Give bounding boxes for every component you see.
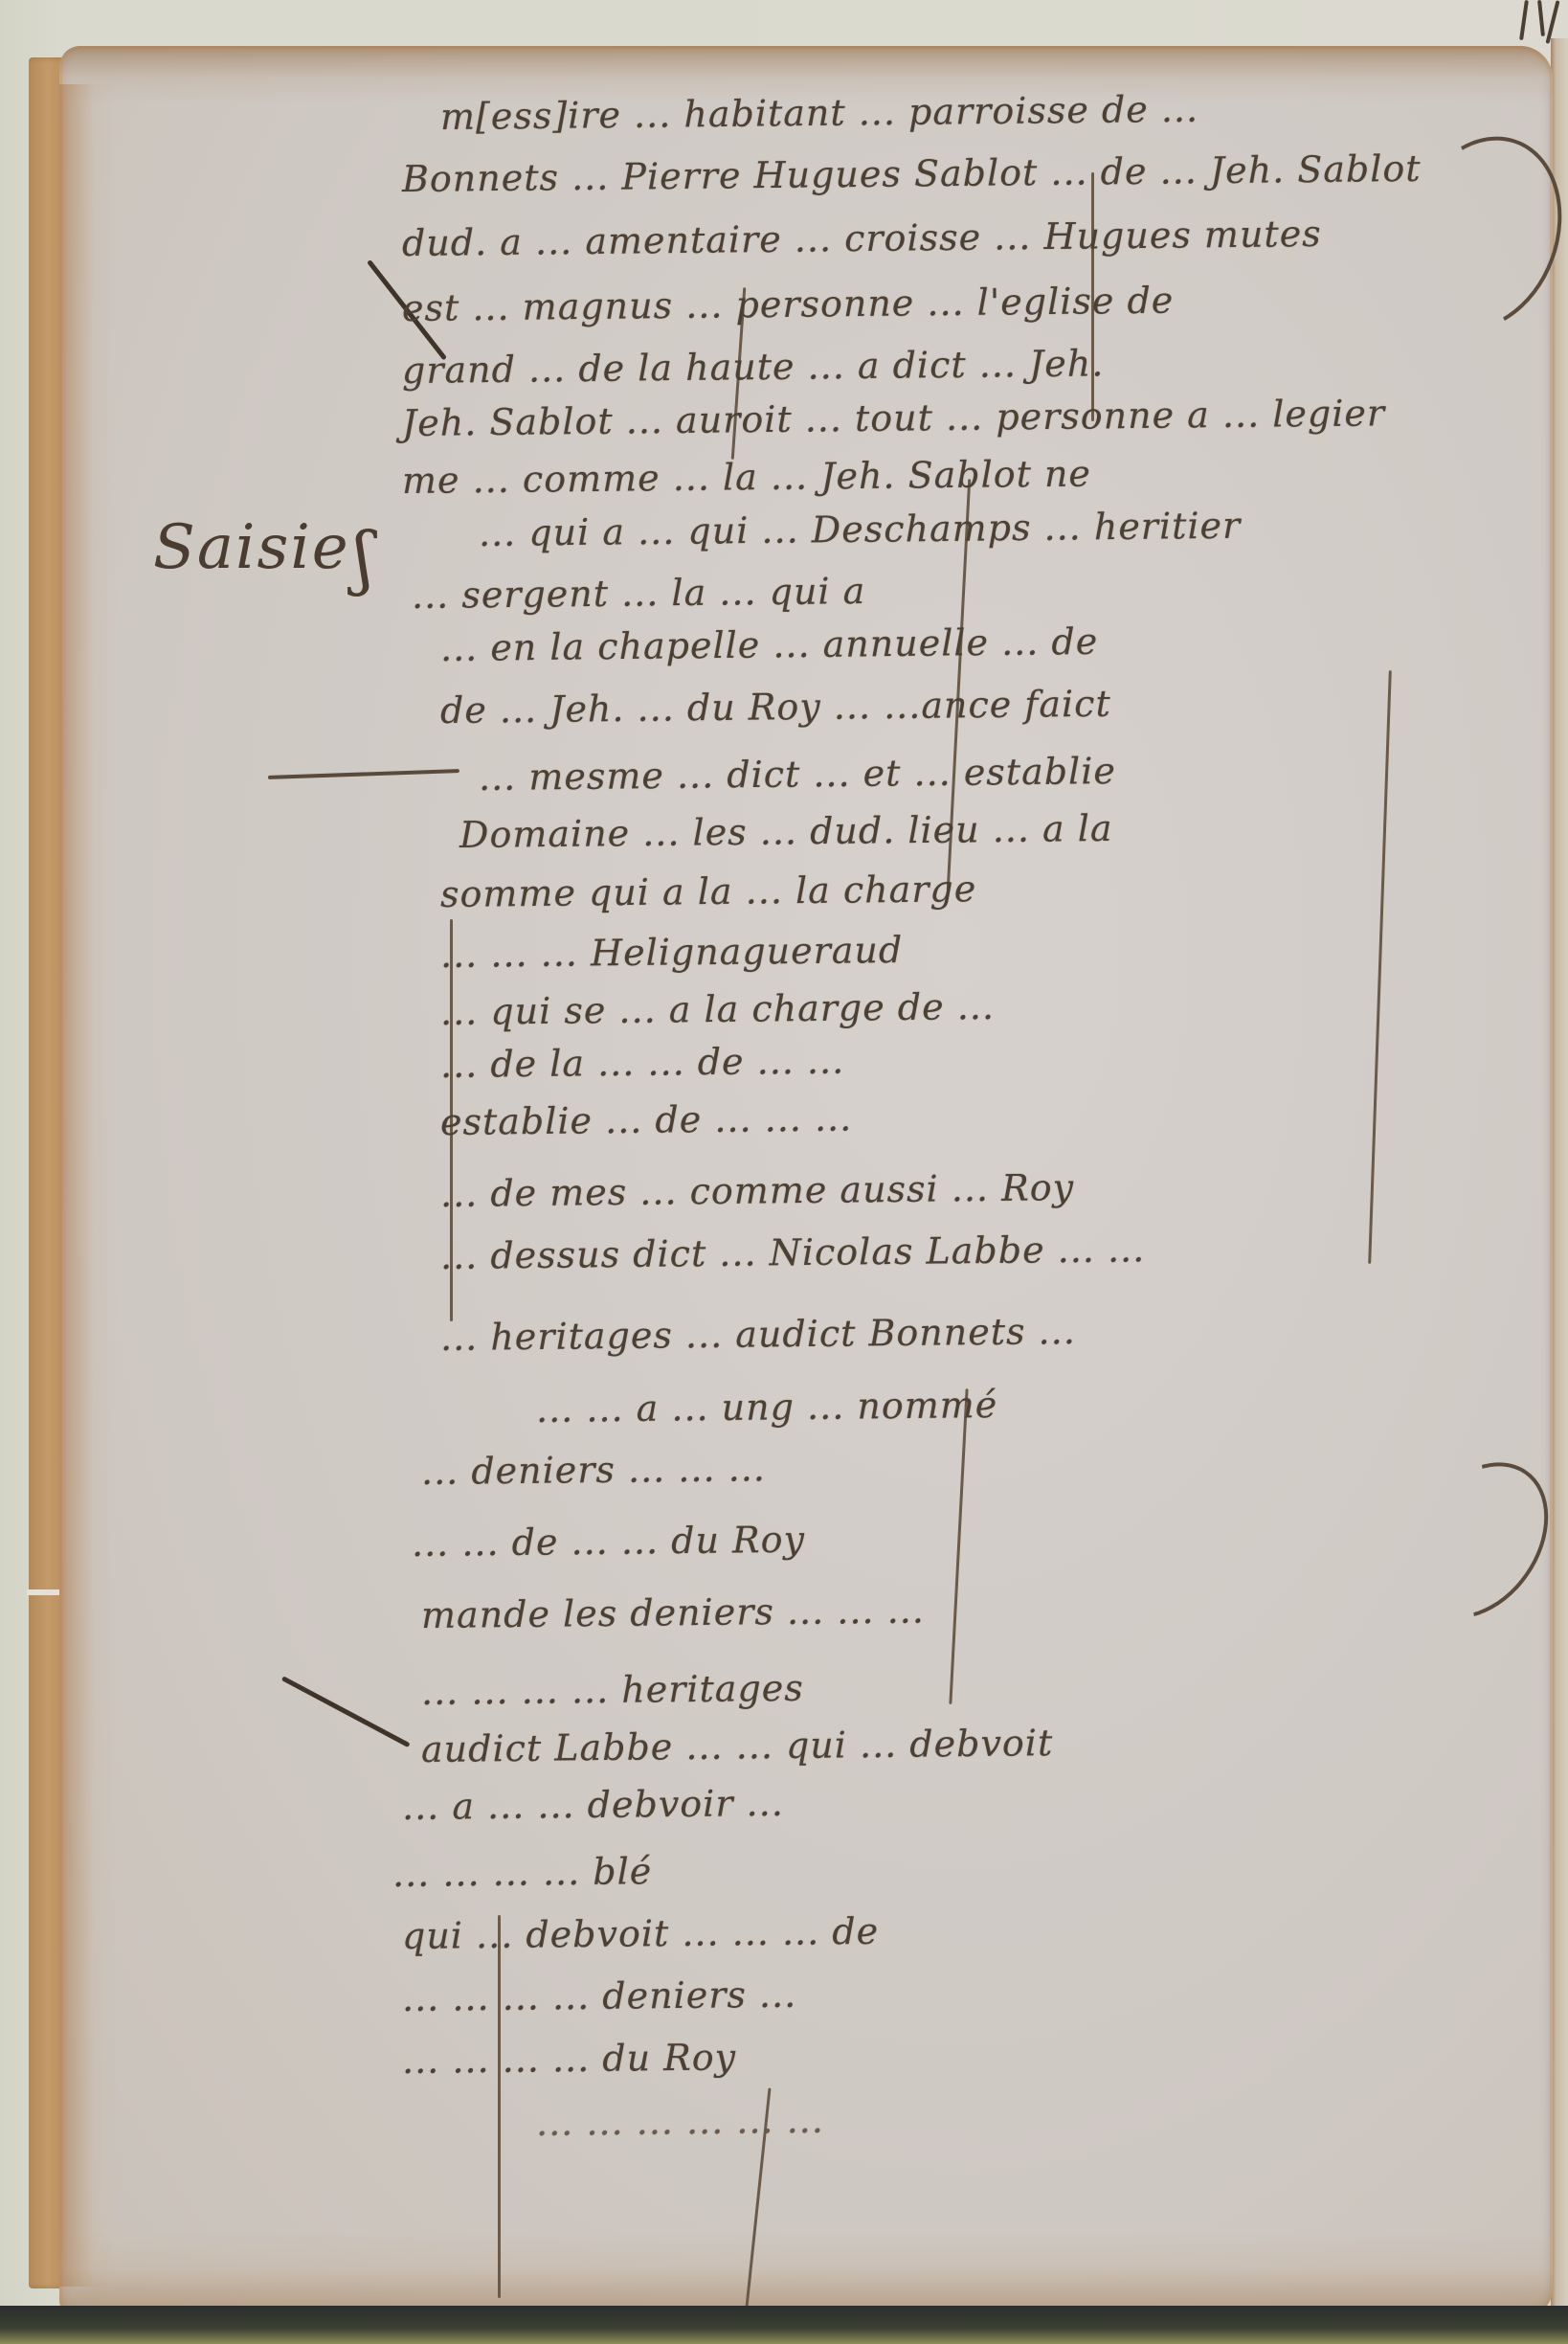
- manuscript-line: ... de la ... ... de ... ...: [440, 1040, 845, 1086]
- manuscript-line: ... sergent ... la ... qui a: [412, 570, 866, 617]
- manuscript-line: mande les deniers ... ... ...: [421, 1589, 925, 1636]
- margin-flourish: ʃ: [354, 517, 373, 597]
- margin-note: Saisie: [153, 512, 350, 583]
- backdrop-bottom: [0, 2306, 1568, 2344]
- manuscript-line: de ... Jeh. ... du Roy ... ...ance faict: [440, 683, 1111, 732]
- manuscript-line: ... de mes ... comme aussi ... Roy: [440, 1166, 1074, 1215]
- manuscript-line: est ... magnus ... personne ... l'eglise…: [402, 280, 1175, 329]
- manuscript-line: establie ... de ... ... ...: [440, 1096, 853, 1143]
- manuscript-line: ... qui se ... a la charge de ...: [440, 985, 995, 1033]
- edge-stain: [59, 84, 117, 2287]
- manuscript-line: qui ... debvoit ... ... ... de: [402, 1910, 880, 1957]
- manuscript-line: grand ... de la haute ... a dict ... Jeh…: [402, 342, 1105, 392]
- manuscript-line: somme qui a la ... la charge: [440, 868, 977, 915]
- manuscript-line: ... ... ... ... du Roy: [402, 2036, 737, 2082]
- manuscript-line: ... en la chapelle ... annuelle ... de: [440, 620, 1099, 669]
- manuscript-line: ... ... a ... ung ... nommé: [536, 1384, 998, 1431]
- manuscript-line: ... dessus dict ... Nicolas Labbe ... ..…: [440, 1228, 1146, 1277]
- manuscript-line: m[ess]ire ... habitant ... parroisse de …: [440, 88, 1199, 138]
- manuscript-line: ... ... ... ... deniers ...: [402, 1973, 797, 2019]
- manuscript-line: ... a ... ... debvoir ...: [402, 1782, 784, 1828]
- manuscript-line: ... mesme ... dict ... et ... establie: [479, 750, 1116, 799]
- next-page-edge: [1551, 38, 1568, 2317]
- manuscript-line: ... heritages ... audict Bonnets ...: [440, 1310, 1076, 1359]
- manuscript-line: Domaine ... les ... dud. lieu ... a la: [459, 807, 1113, 856]
- descender-stroke: [498, 1915, 501, 2298]
- manuscript-line: ... ... de ... ... du Roy: [412, 1519, 805, 1565]
- manuscript-line: ... deniers ... ... ...: [421, 1447, 766, 1493]
- manuscript-line: audict Labbe ... ... qui ... debvoit: [421, 1722, 1054, 1770]
- manuscript-line: ... ... ... ... heritages: [421, 1667, 804, 1713]
- manuscript-line: ... qui a ... qui ... Deschamps ... heri…: [479, 505, 1242, 554]
- manuscript-line: ... ... ... ... blé: [392, 1850, 653, 1895]
- manuscript-line: ... ... ... Helignagueraud: [440, 929, 904, 976]
- manuscript-line: me ... comme ... la ... Jeh. Sablot ne: [402, 452, 1091, 502]
- manuscript-line: ... ... ... ... ... ...: [536, 2099, 824, 2144]
